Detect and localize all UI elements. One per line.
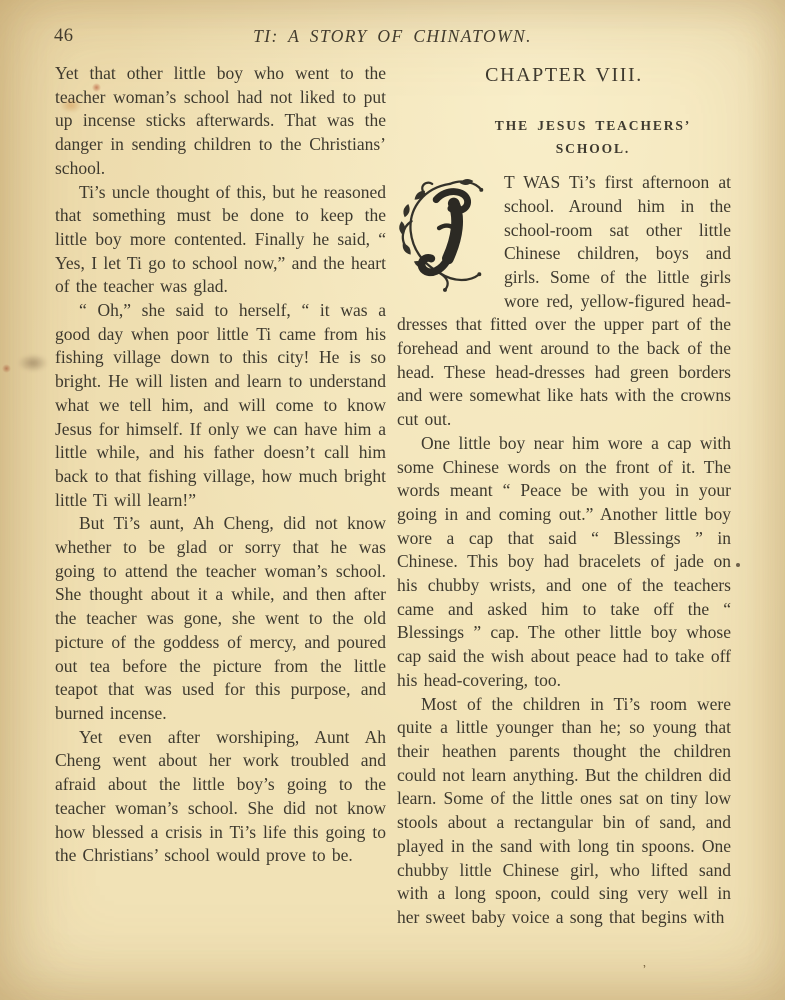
paragraph: T WAS Ti’s first afternoon at school. Ar… <box>397 171 731 432</box>
paragraph: Most of the children in Ti’s room were q… <box>397 693 731 930</box>
ornamental-initial-icon <box>391 174 497 292</box>
printers-mark: ’ <box>641 958 649 982</box>
paragraph: Yet even after worshiping, Aunt Ah Cheng… <box>55 726 386 868</box>
right-column: CHAPTER VIII. THE JESUS TEACHERS’ SCHOOL… <box>397 62 731 930</box>
paragraph: But Ti’s aunt, Ah Cheng, did not know wh… <box>55 512 386 725</box>
book-page: 46 TI: A STORY OF CHINATOWN. Yet that ot… <box>0 0 785 1000</box>
chapter-subtitle: THE JESUS TEACHERS’ SCHOOL. <box>397 114 731 161</box>
stain-mark <box>2 364 11 373</box>
running-title: TI: A STORY OF CHINATOWN. <box>0 26 785 47</box>
left-column: Yet that other little boy who went to th… <box>55 62 386 868</box>
ink-speck <box>736 563 740 567</box>
paragraph: Yet that other little boy who went to th… <box>55 62 386 181</box>
stain-mark <box>18 354 48 372</box>
paragraph: Ti’s uncle thought of this, but he reaso… <box>55 181 386 300</box>
chapter-heading: CHAPTER VIII. <box>397 64 731 88</box>
paragraph: “ Oh,” she said to herself, “ it was a g… <box>55 299 386 512</box>
paragraph: One little boy near him wore a cap with … <box>397 432 731 693</box>
